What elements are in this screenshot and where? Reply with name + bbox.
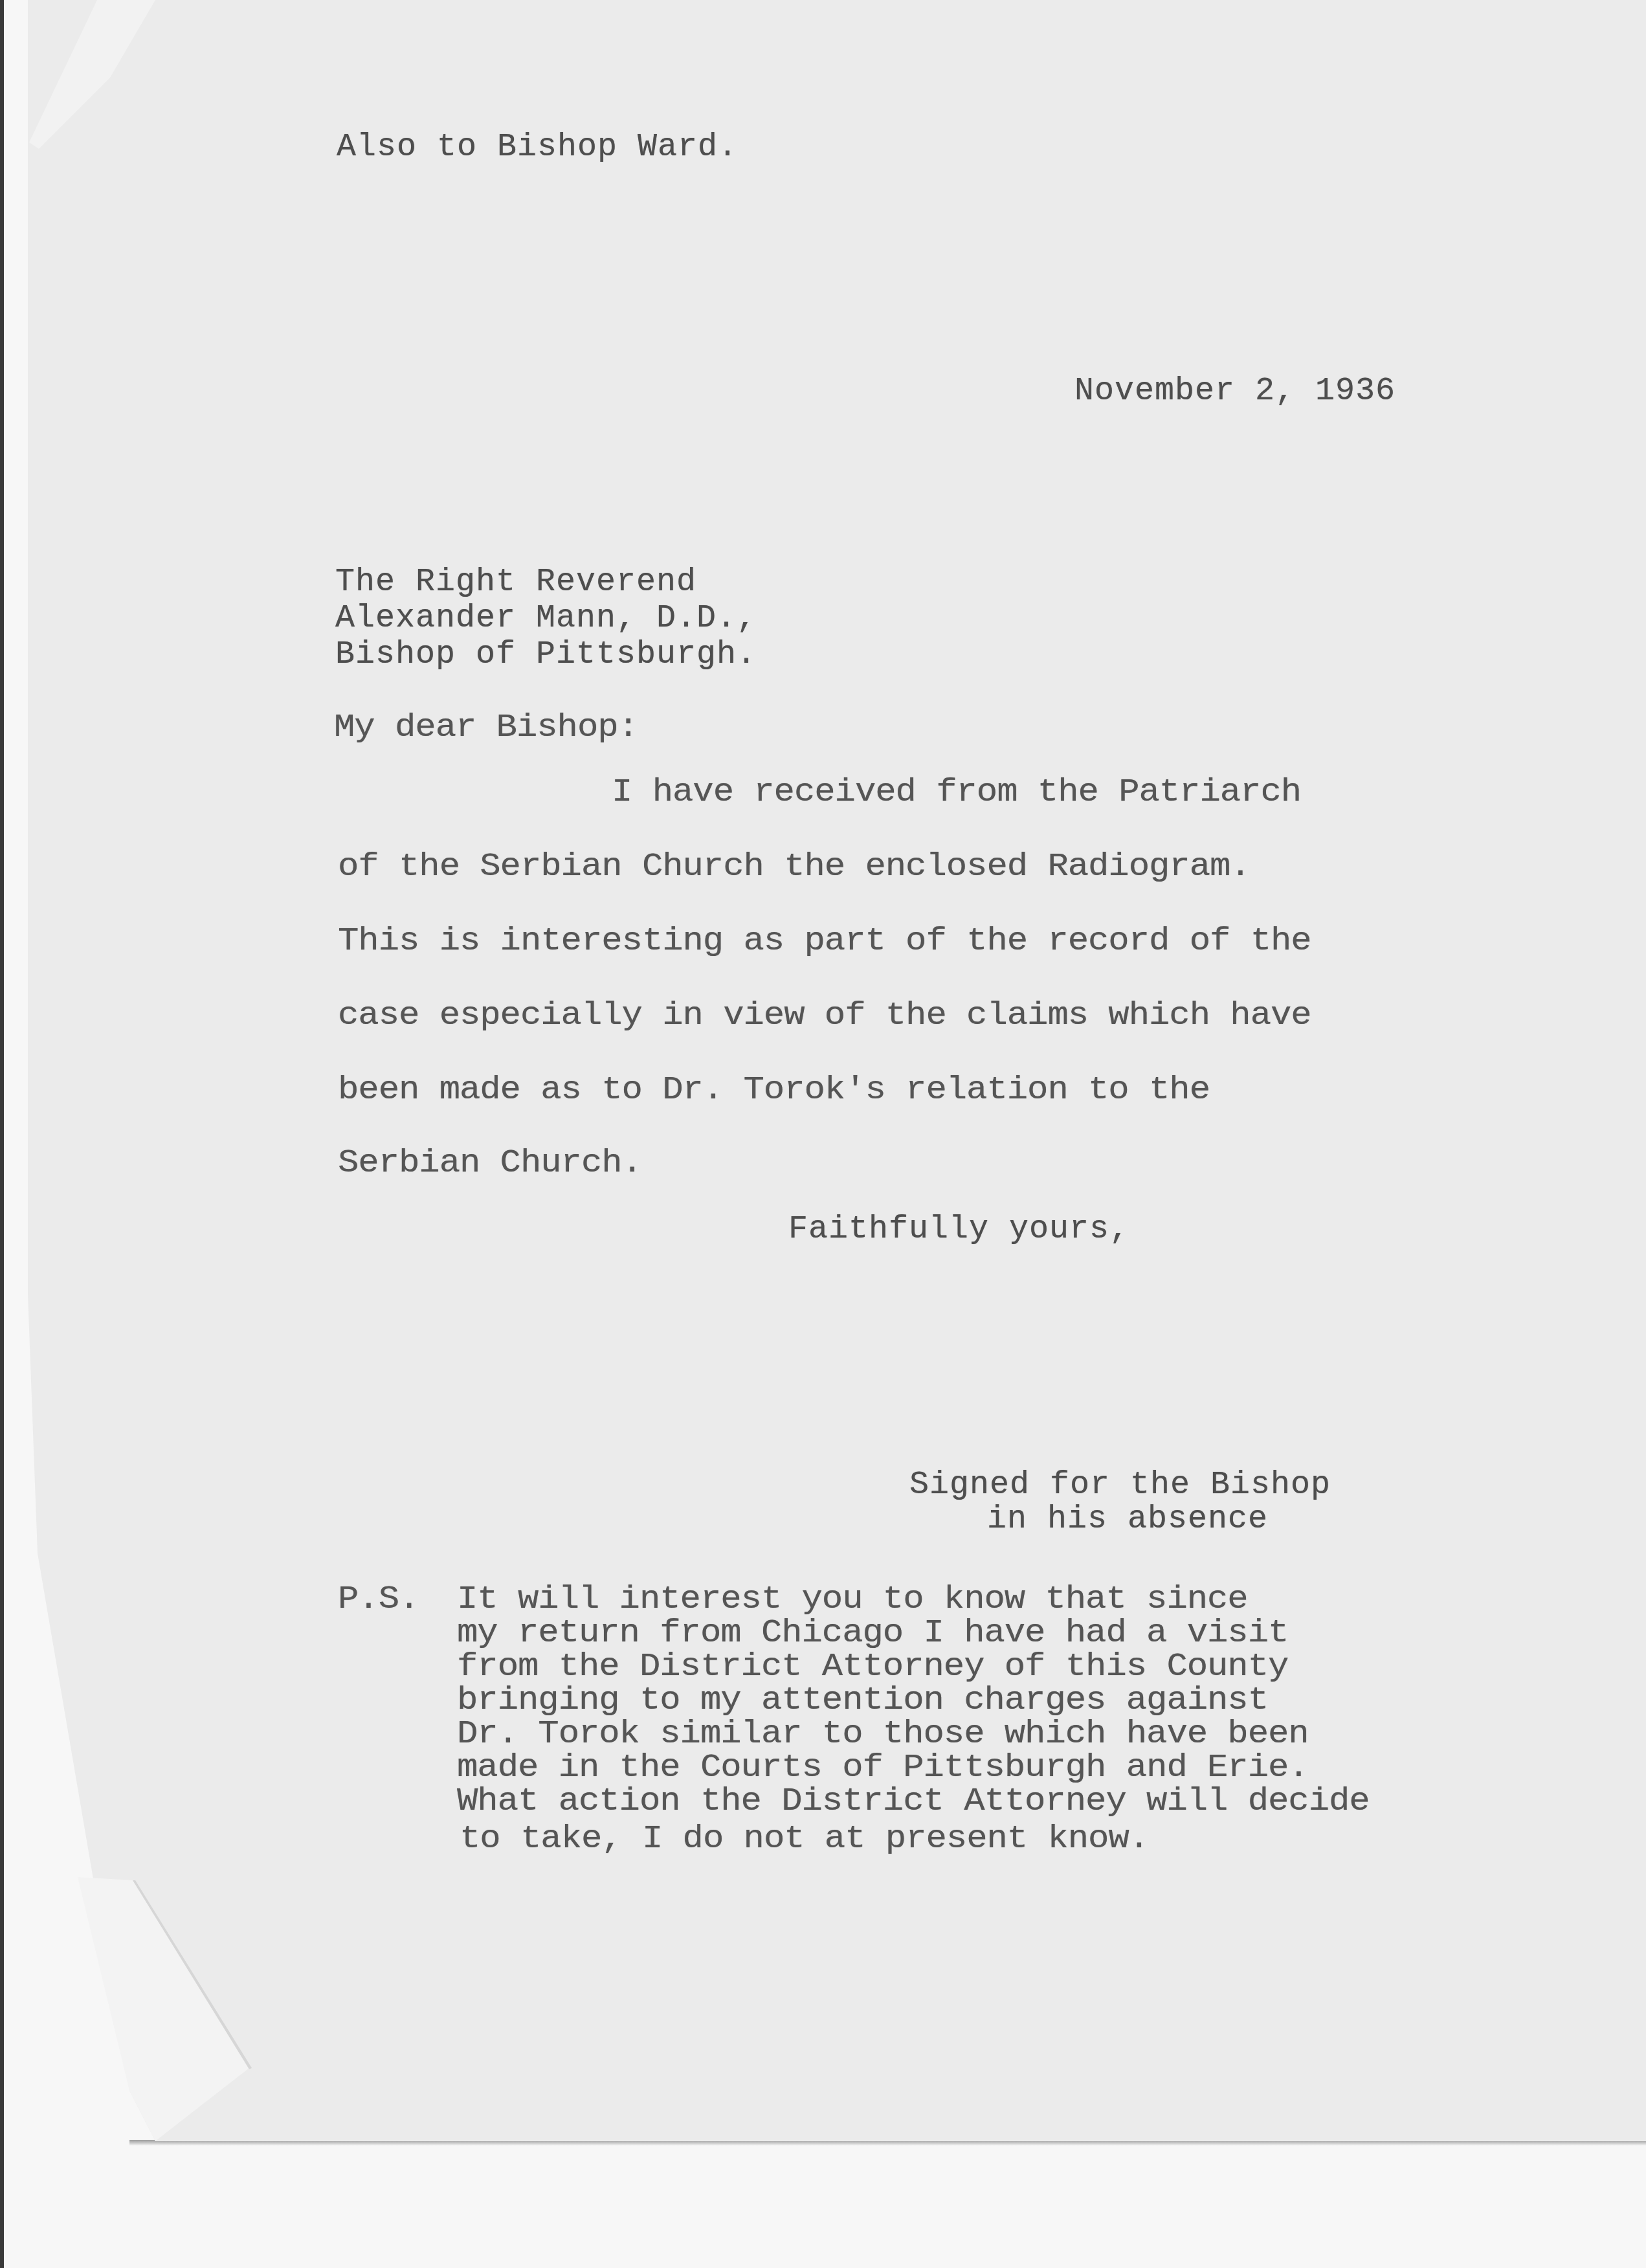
closing: Faithfully yours, xyxy=(788,1210,1129,1249)
body-line: This is interesting as part of the recor… xyxy=(338,922,1311,961)
postscript-line: from the District Attorney of this Count… xyxy=(457,1648,1288,1687)
postscript-line: my return from Chicago I have had a visi… xyxy=(457,1614,1288,1653)
letter-date: November 2, 1936 xyxy=(1074,372,1396,411)
postscript-line: bringing to my attention charges against xyxy=(457,1682,1268,1720)
postscript-line: to take, I do not at present know. xyxy=(460,1820,1149,1859)
postscript-line: It will interest you to know that since xyxy=(457,1581,1248,1619)
body-line: Serbian Church. xyxy=(338,1144,642,1183)
signature-line-1: Signed for the Bishop xyxy=(909,1466,1331,1505)
body-line: been made as to Dr. Torok's relation to … xyxy=(338,1071,1210,1110)
recipient-line-3: Bishop of Pittsburgh. xyxy=(335,636,757,674)
postscript-line: Dr. Torok similar to those which have be… xyxy=(457,1715,1309,1754)
recipient-line-2: Alexander Mann, D.D., xyxy=(335,599,757,638)
paper-sheet xyxy=(0,0,1646,2268)
signature-line-2: in his absence xyxy=(987,1500,1268,1539)
postscript-line: What action the District Attorney will d… xyxy=(457,1783,1370,1821)
recipient-line-1: The Right Reverend xyxy=(335,563,696,602)
salutation: My dear Bishop: xyxy=(334,709,638,748)
body-line: case especially in view of the claims wh… xyxy=(338,997,1311,1036)
scanner-border xyxy=(0,0,4,2268)
body-line: I have received from the Patriarch xyxy=(612,773,1301,812)
body-line: of the Serbian Church the enclosed Radio… xyxy=(338,848,1251,887)
postscript-label: P.S. xyxy=(338,1581,419,1619)
copy-note: Also to Bishop Ward. xyxy=(337,128,738,167)
postscript-line: made in the Courts of Pittsburgh and Eri… xyxy=(457,1749,1309,1788)
